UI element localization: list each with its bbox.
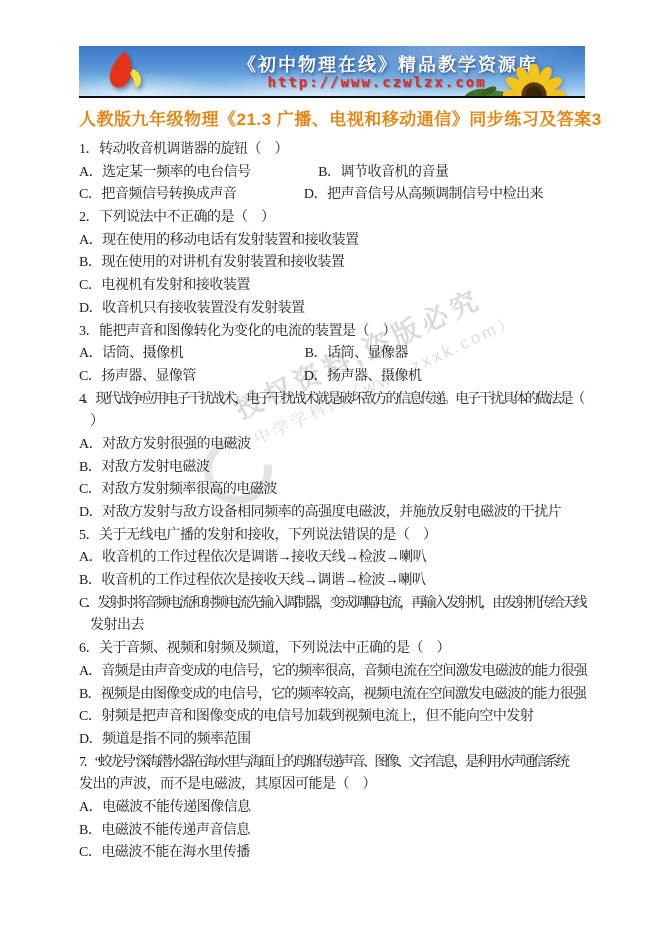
site-logo-icon: [103, 50, 149, 94]
text-line: A．音频是由声音变成的电信号，它的频率很高，音频电流在空间激发电磁波的能力很强: [79, 661, 619, 684]
text-line: C．电视机有发射和接收装置: [79, 275, 619, 298]
text-line: A．收音机的工作过程依次是调谐→接收天线→检波→喇叭: [79, 547, 619, 570]
worksheet-page: 授权资料,盗版必究 中学学科网（www.zxxk.com） 《初中物理在线》精品…: [0, 0, 661, 935]
question-lines: 1．转动收音机调谐器的旋钮（ ）A．选定某一频率的电台信号 B．调节收音机的音量…: [79, 139, 619, 865]
text-line: 发出的声波，而不是电磁波，其原因可能是（ ）: [79, 774, 619, 797]
text-line: 1．转动收音机调谐器的旋钮（ ）: [79, 139, 619, 162]
text-line: 4．现代战争应用电子干扰战术，电子干扰战术就是破坏敌方的信息传递。电子干扰具体的…: [79, 389, 619, 412]
sunflower-icon: [503, 64, 565, 98]
text-line: C．射频是把声音和图像变成的电信号加载到视频电流上，但不能向空中发射: [79, 706, 619, 729]
banner-image: 《初中物理在线》精品教学资源库 http://www.czwlzx.com: [79, 46, 585, 98]
text-line: 5．关于无线电广播的发射和接收，下列说法错误的是（ ）: [79, 525, 619, 548]
text-line: A．话筒、摄像机 B．话筒、显像器: [79, 343, 619, 366]
text-line: B．现在使用的对讲机有发射装置和接收装置: [79, 252, 619, 275]
page-title: 人教版九年级物理《21.3 广播、电视和移动通信》同步练习及答案3: [79, 105, 585, 130]
text-line: 7．“蛟龙号”深海潜水器在海水里与海面上的母船传递声音、图像、文字信息，是利用水…: [79, 752, 619, 775]
text-line: B．收音机的工作过程依次是接收天线→调谐→检波→喇叭: [79, 570, 619, 593]
text-line: C．发射时将音频电流和射频电流先输入调制器，变成调幅电流，再输入发射机，由发射机…: [79, 593, 619, 616]
text-line: ）: [79, 411, 619, 434]
text-line: 2．下列说法中不正确的是（ ）: [79, 207, 619, 230]
text-line: 6．关于音频、视频和射频及频道，下列说法中正确的是（ ）: [79, 638, 619, 661]
text-line: C．扬声器、显像管 D．扬声器、摄像机: [79, 366, 619, 389]
text-line: A．选定某一频率的电台信号 B．调节收音机的音量: [79, 162, 619, 185]
text-line: B．对敌方发射电磁波: [79, 457, 619, 480]
text-line: B．视频是由图像变成的电信号，它的频率较高，视频电流在空间激发电磁波的能力很强: [79, 684, 619, 707]
text-line: D．频道是指不同的频率范围: [79, 729, 619, 752]
text-line: D．收音机只有接收装置没有发射装置: [79, 298, 619, 321]
text-line: 3．能把声音和图像转化为变化的电流的装置是（ ）: [79, 321, 619, 344]
text-line: D．对敌方发射与敌方设备相同频率的高强度电磁波，并施放反射电磁波的干扰片: [79, 502, 619, 525]
text-line: C．对敌方发射频率很高的电磁波: [79, 479, 619, 502]
text-line: 发射出去: [79, 615, 619, 638]
text-line: C．电磁波不能在海水里传播: [79, 842, 619, 865]
text-line: A．现在使用的移动电话有发射装置和接收装置: [79, 230, 619, 253]
text-line: C．把音频信号转换成声音 D．把声音信号从高频调制信号中检出来: [79, 184, 619, 207]
text-line: A．对敌方发射很强的电磁波: [79, 434, 619, 457]
text-line: B．电磁波不能传递声音信息: [79, 820, 619, 843]
text-line: A．电磁波不能传递图像信息: [79, 797, 619, 820]
